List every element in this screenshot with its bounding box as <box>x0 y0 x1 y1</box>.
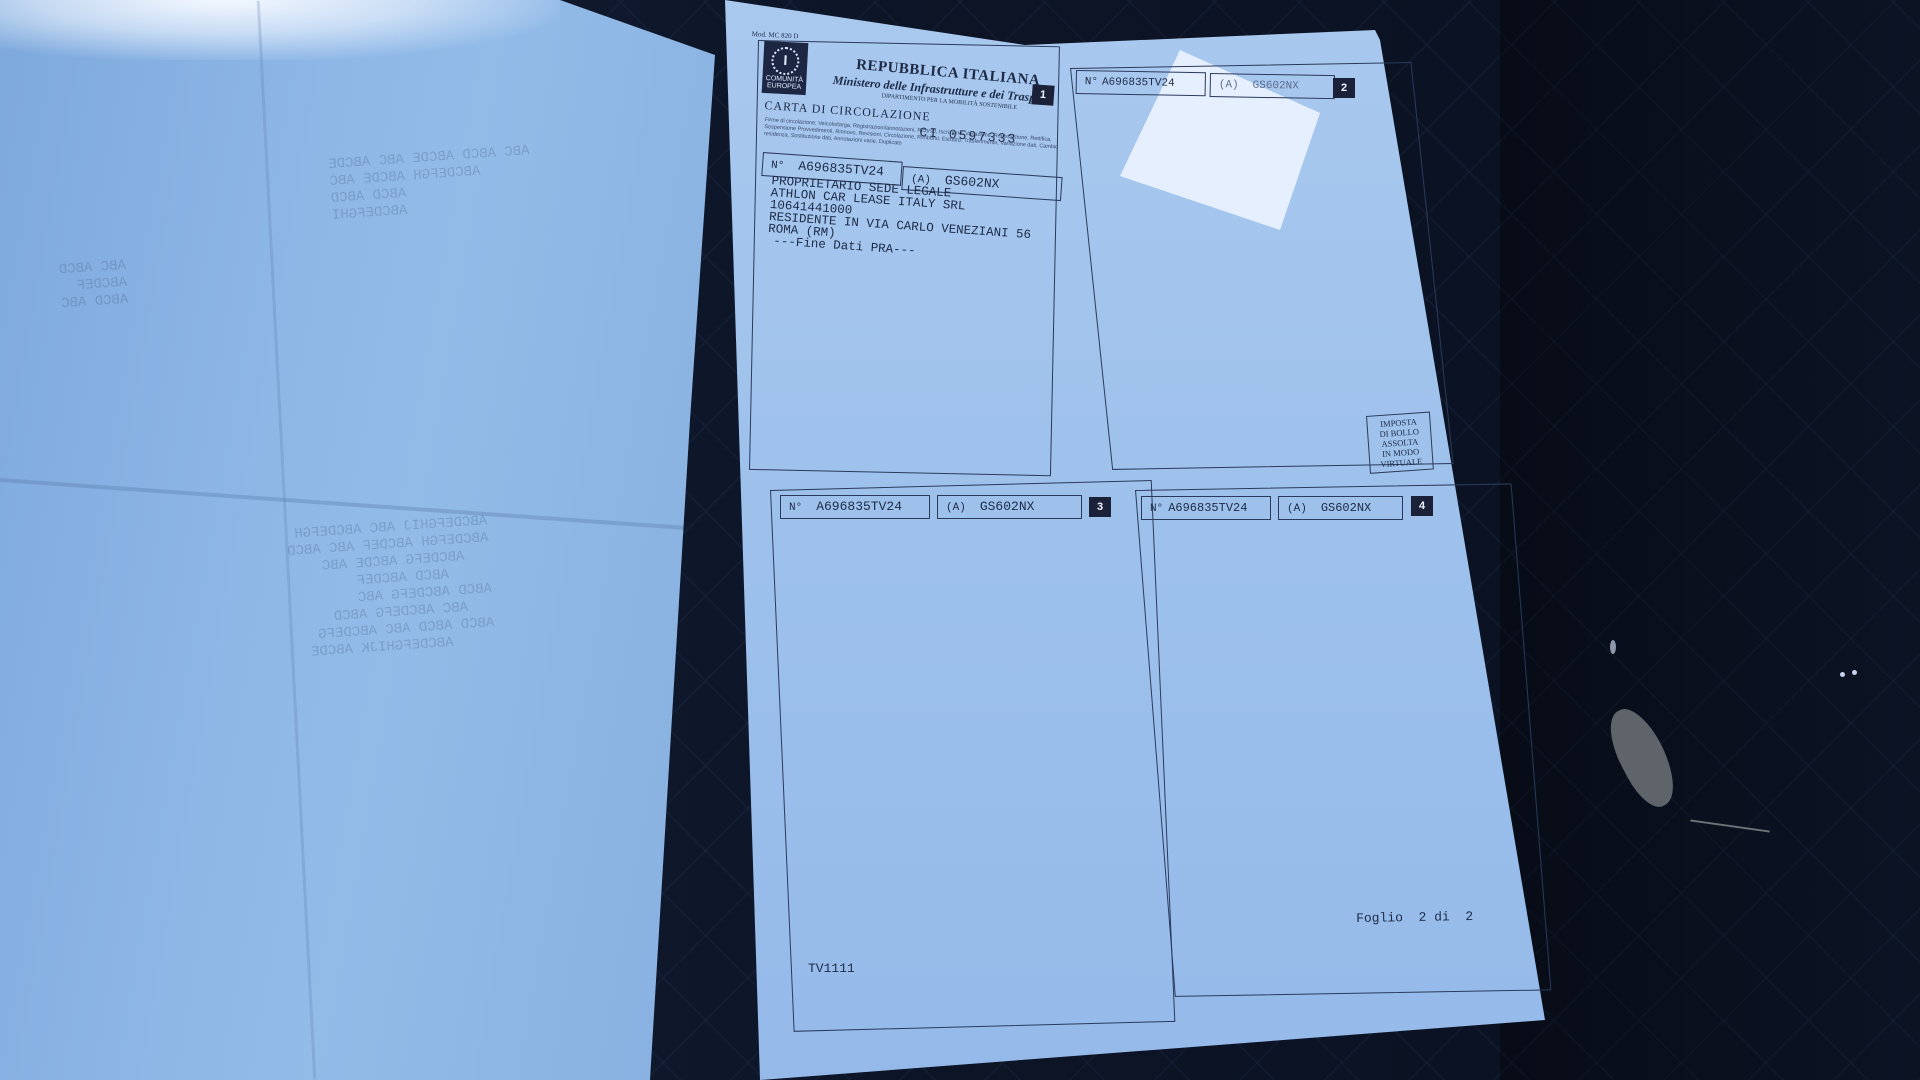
section-3-plate-field: (A)GS602NX <box>937 495 1082 519</box>
plate-number: GS602NX <box>1321 501 1371 515</box>
plate-label: (A) <box>1219 79 1239 91</box>
section-4-frame <box>1135 483 1551 997</box>
section-2-registration-field: N°A696835TV24 <box>1076 70 1206 96</box>
registration-number: A696835TV24 <box>816 499 902 514</box>
section-3-registration-field: N°A696835TV24 <box>780 495 930 519</box>
section-number-2: 2 <box>1333 78 1355 98</box>
section-4-registration-field: N°A696835TV24 <box>1141 496 1271 520</box>
registration-label: N° <box>1150 503 1163 515</box>
section-number-1: 1 <box>1031 84 1054 105</box>
registration-number: A696835TV24 <box>1102 76 1175 89</box>
page-indicator: Foglio 2 di 2 <box>1356 909 1473 926</box>
plate-number: GS602NX <box>980 499 1035 514</box>
section-3-frame <box>770 480 1175 1032</box>
registration-label: N° <box>789 502 802 514</box>
stamp-duty-box: IMPOSTA DI BOLLO ASSOLTA IN MODO VIRTUAL… <box>1366 412 1434 474</box>
eu-stars-icon: I <box>771 46 800 75</box>
section-number-4: 4 <box>1411 496 1433 516</box>
section-number-3: 3 <box>1089 497 1111 517</box>
plate-label: (A) <box>1287 503 1307 515</box>
form-code-text: Mod. MC 820 D <box>752 30 799 40</box>
eu-badge: I COMUNITÀ EUROPEA <box>762 41 809 95</box>
eu-badge-line2: EUROPEA <box>762 82 806 91</box>
form-code: Mod. MC 820 D <box>752 30 799 40</box>
registration-number: A696835TV24 <box>1168 501 1247 515</box>
footer-code: TV1111 <box>808 961 855 976</box>
section-2-plate-field: (A)GS602NX <box>1210 73 1335 99</box>
registration-label: N° <box>771 160 785 173</box>
section-2-frame <box>1070 62 1454 470</box>
plate-label: (A) <box>946 502 966 514</box>
section-4-plate-field: (A)GS602NX <box>1278 496 1403 520</box>
plate-number: GS602NX <box>1252 80 1298 93</box>
registration-label: N° <box>1085 76 1098 88</box>
